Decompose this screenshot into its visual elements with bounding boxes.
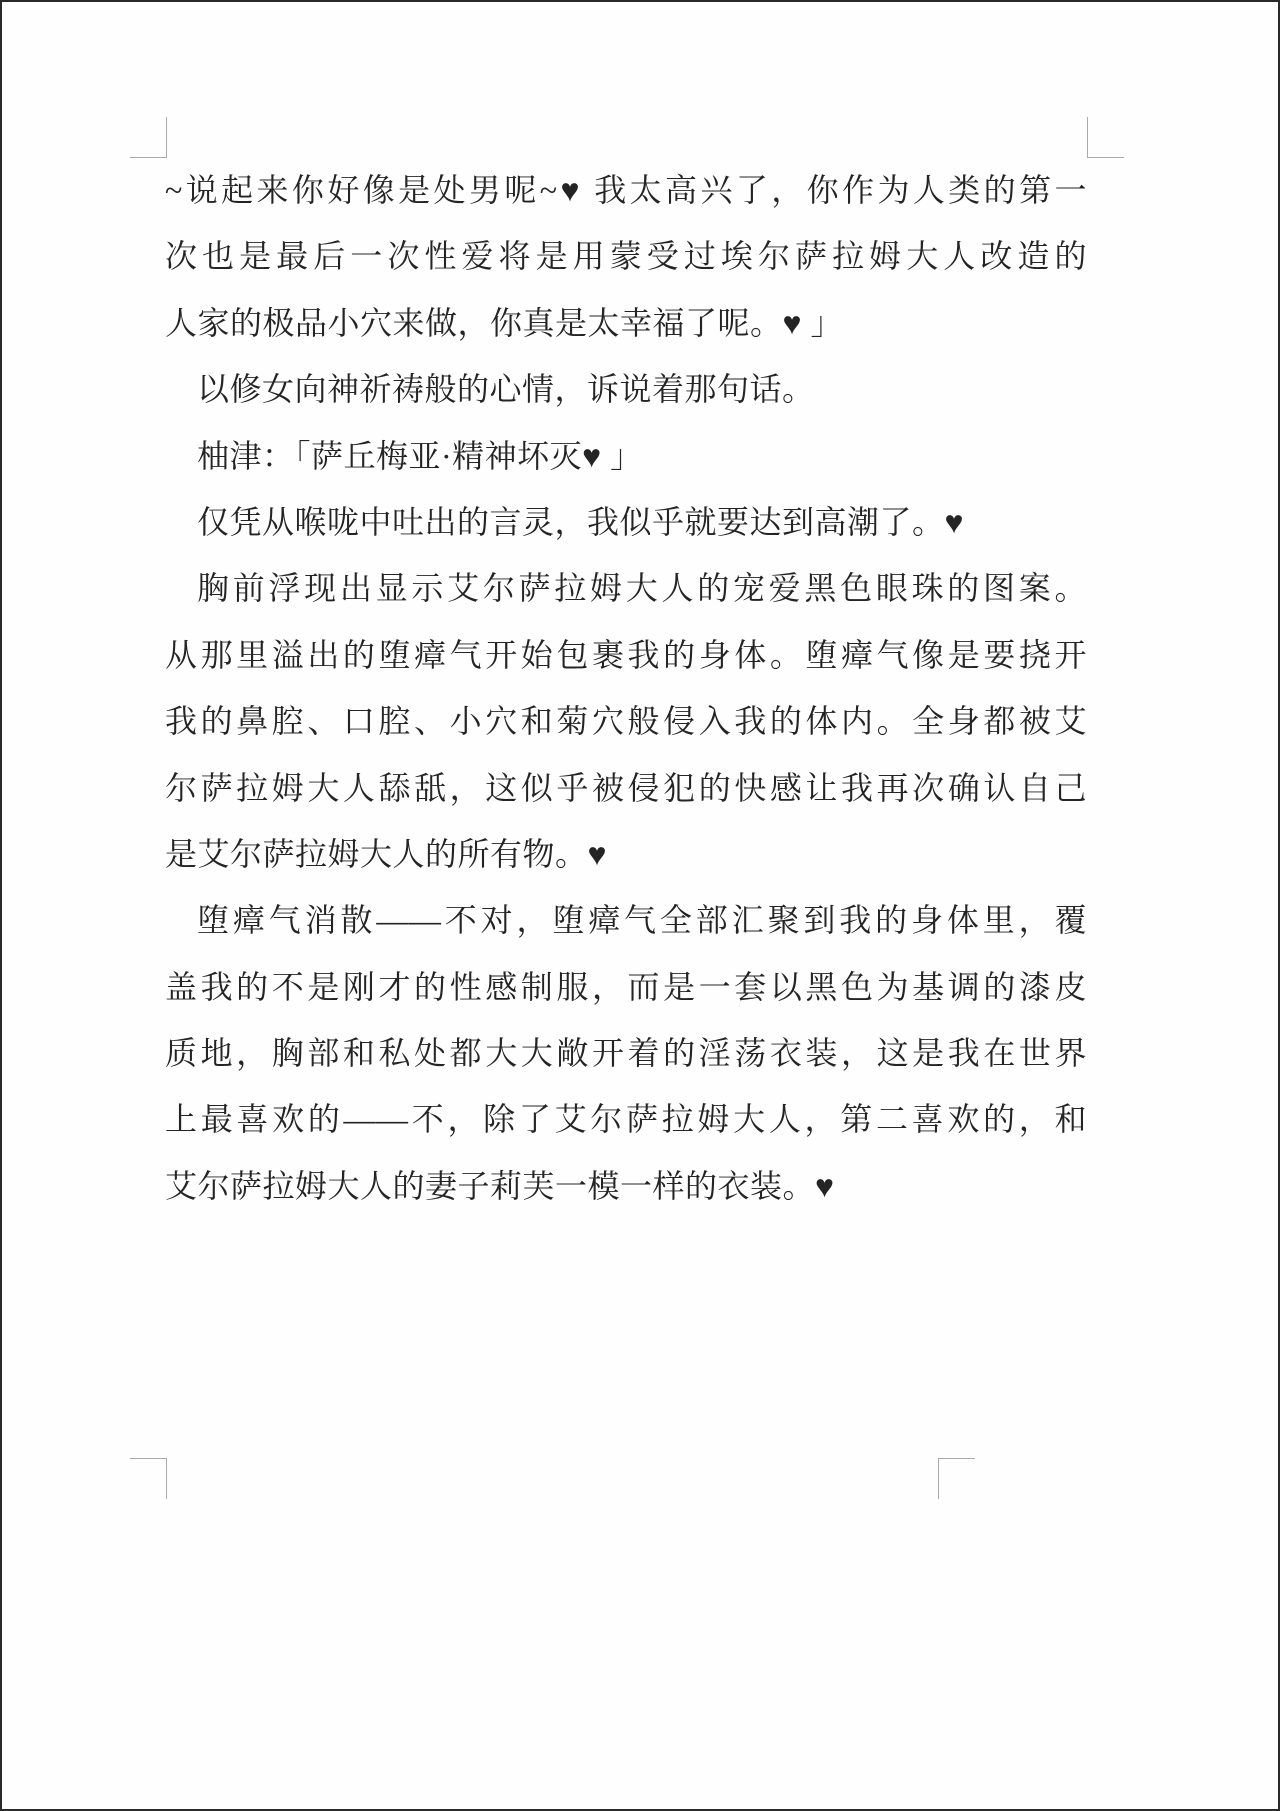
margin-crop-mark-bottom-right [938, 1458, 975, 1499]
text-line[interactable]: 堕瘴气消散——不对，堕瘴气全部汇聚到我的身体里，覆 [165, 887, 1087, 953]
text-line[interactable]: 艾尔萨拉姆大人的妻子莉芙一模一样的衣装。♥ [165, 1153, 1087, 1219]
text-line[interactable]: 是艾尔萨拉姆大人的所有物。♥ [165, 821, 1087, 887]
text-block: ~说起来你好像是处男呢~♥ 我太高兴了，你作为人类的第一次也是最后一次性爱将是用… [165, 157, 1087, 1219]
text-line[interactable]: 从那里溢出的堕瘴气开始包裹我的身体。堕瘴气像是要挠开 [165, 622, 1087, 688]
text-line[interactable]: 次也是最后一次性爱将是用蒙受过埃尔萨拉姆大人改造的 [165, 223, 1087, 289]
text-line[interactable]: 以修女向神祈祷般的心情，诉说着那句话。 [165, 356, 1087, 422]
text-line[interactable]: 质地，胸部和私处都大大敞开着的淫荡衣装，这是我在世界 [165, 1020, 1087, 1086]
margin-crop-mark-top-left [130, 117, 167, 158]
text-line[interactable]: 人家的极品小穴来做，你真是太幸福了呢。♥ 」 [165, 290, 1087, 356]
margin-crop-mark-bottom-left [130, 1458, 167, 1499]
text-line[interactable]: 我的鼻腔、口腔、小穴和菊穴般侵入我的体内。全身都被艾 [165, 688, 1087, 754]
text-line[interactable]: 仅凭从喉咙中吐出的言灵，我似乎就要达到高潮了。♥ [165, 489, 1087, 555]
text-line[interactable]: 上最喜欢的——不，除了艾尔萨拉姆大人，第二喜欢的，和 [165, 1086, 1087, 1152]
text-line[interactable]: 胸前浮现出显示艾尔萨拉姆大人的宠爱黑色眼珠的图案。 [165, 555, 1087, 621]
text-line[interactable]: ~说起来你好像是处男呢~♥ 我太高兴了，你作为人类的第一 [165, 157, 1087, 223]
text-line[interactable]: 柚津：「萨丘梅亚·精神坏灭♥ 」 [165, 423, 1087, 489]
margin-crop-mark-top-right [1087, 117, 1124, 158]
text-line[interactable]: 盖我的不是刚才的性感制服，而是一套以黑色为基调的漆皮 [165, 954, 1087, 1020]
text-line[interactable]: 尔萨拉姆大人舔舐，这似乎被侵犯的快感让我再次确认自己 [165, 755, 1087, 821]
